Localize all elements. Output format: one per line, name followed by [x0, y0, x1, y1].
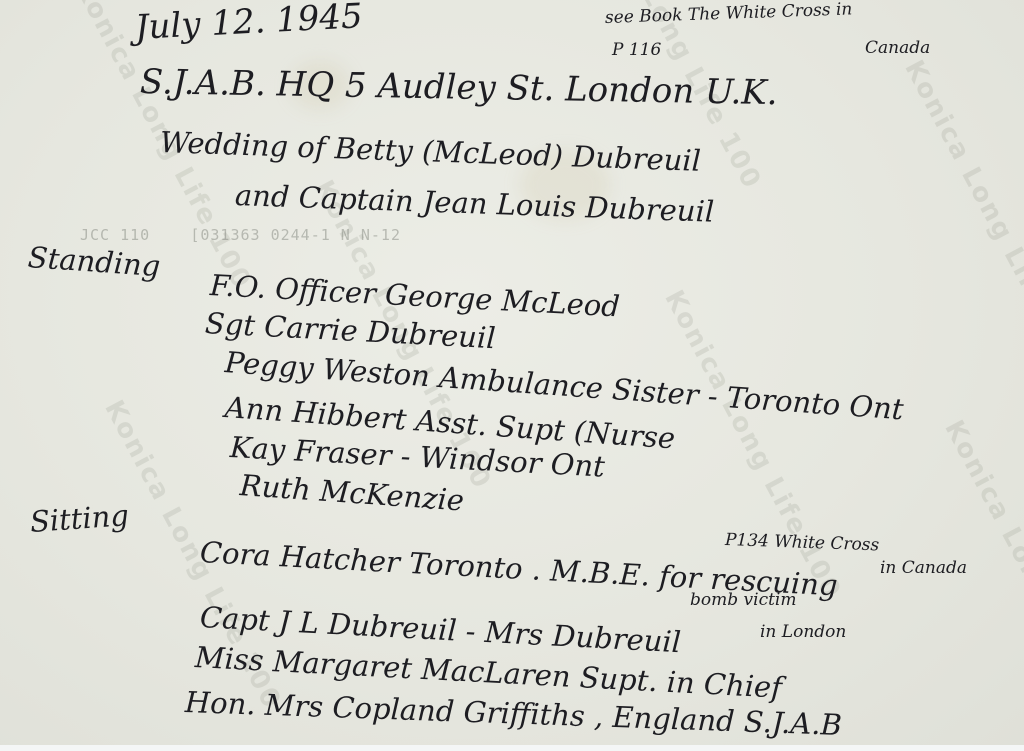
title-line2: and Captain Jean Louis Dubreuil — [234, 178, 714, 229]
date: July 12. 1945 — [134, 0, 364, 48]
title-line1: Wedding of Betty (McLeod) Dubreuil — [159, 125, 701, 178]
watermark: Konica Long Life 100 — [658, 285, 847, 604]
side-note-line1: P134 White Cross — [725, 530, 880, 555]
reference-note-line3: Canada — [865, 38, 930, 58]
print-code: JCC 110 [031363 0244-1 N N-12 — [80, 226, 401, 244]
standing-person: Ruth McKenzie — [239, 468, 465, 518]
scan-edge — [0, 745, 1024, 751]
standing-label: Standing — [27, 240, 162, 283]
side-note-line3: bomb victim — [690, 590, 796, 610]
side-note-line2: in Canada — [880, 558, 967, 578]
reference-note-line2: P 116 — [612, 40, 661, 60]
watermark: Konica Long Life 100 — [898, 55, 1024, 374]
sitting-label: Sitting — [29, 498, 130, 539]
photo-back-card: Konica Long Life 100 Konica Long Life 10… — [0, 0, 1024, 745]
side-note-line4: in London — [760, 622, 846, 642]
